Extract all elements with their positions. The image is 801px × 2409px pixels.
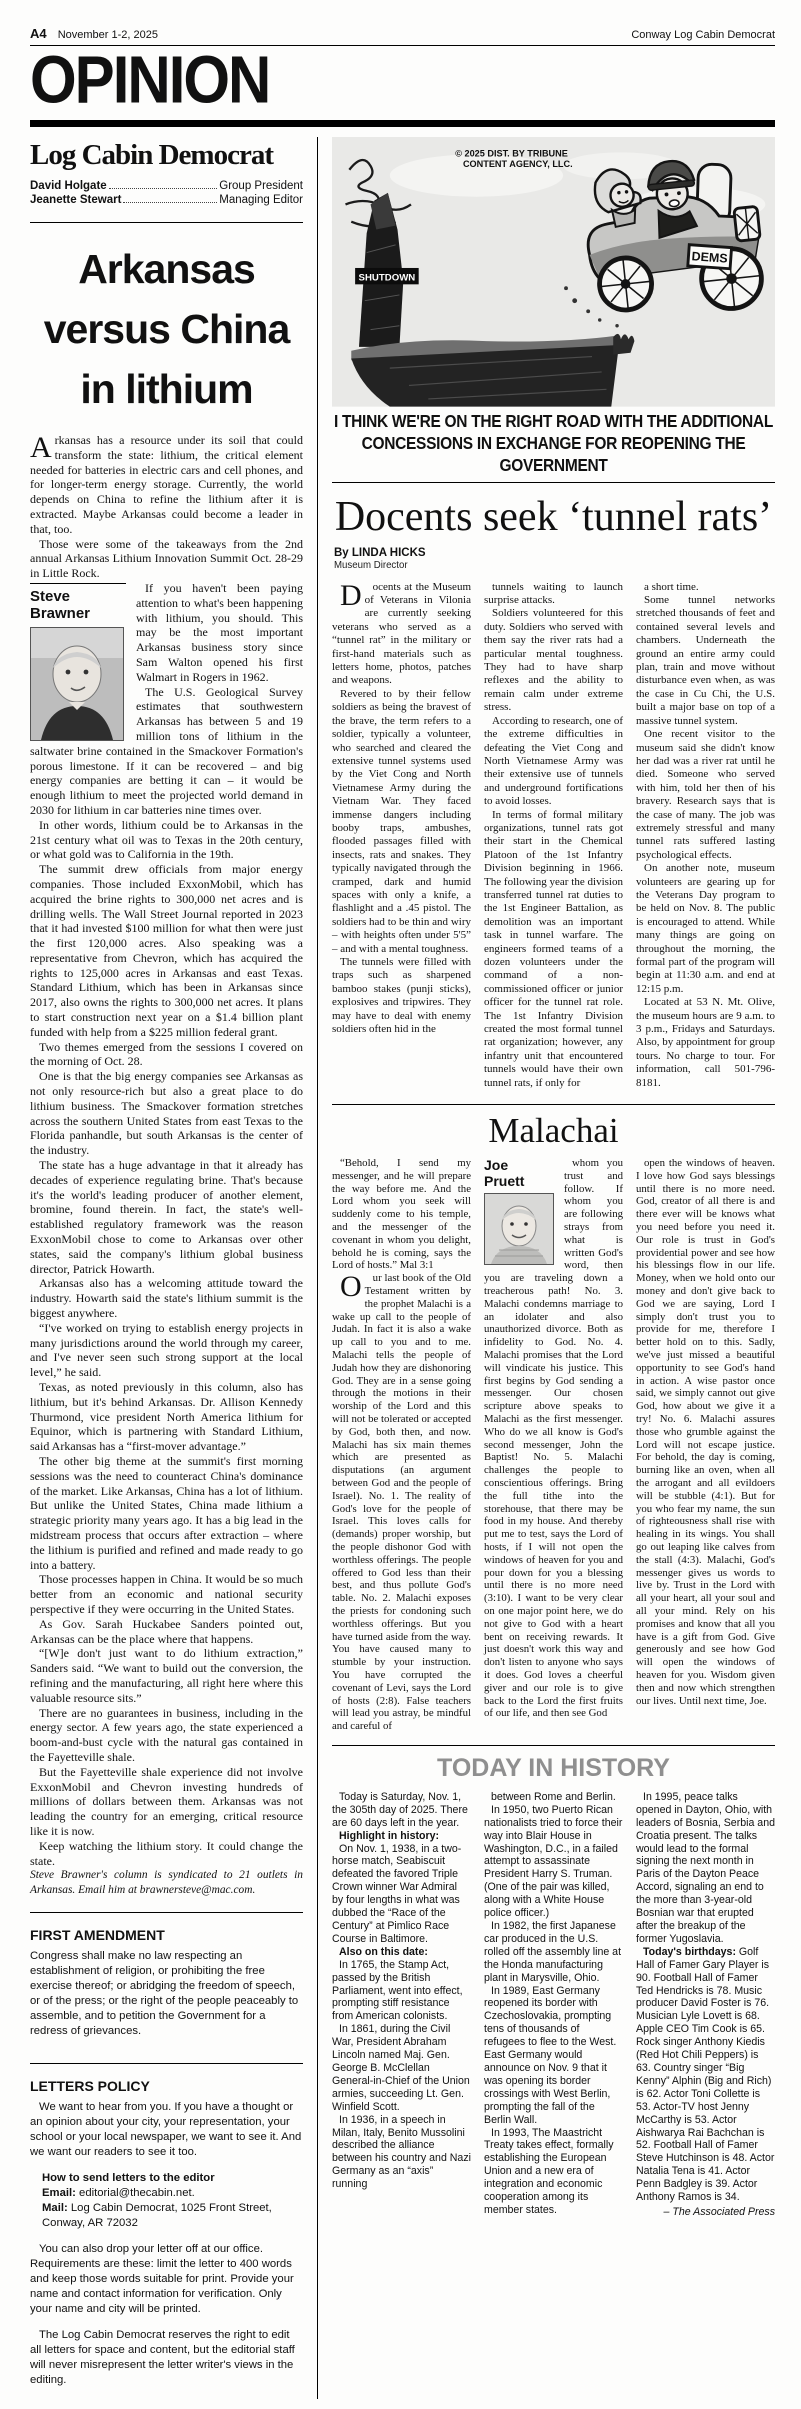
paragraph: The other big theme at the summit's firs… (30, 1454, 303, 1572)
plate-text: DEMS (691, 249, 728, 265)
dotted-leader (123, 202, 217, 203)
headline-line: versus China (30, 299, 303, 359)
paragraph: How to send letters to the editor (42, 2171, 303, 2186)
author-first-name: Steve (30, 588, 70, 605)
paragraph: In terms of formal military organization… (484, 809, 623, 1091)
letters-policy-intro: We want to hear from you. If you have a … (30, 2100, 303, 2160)
paragraph: Arkansas also has a welcoming attitude t… (30, 1276, 303, 1320)
page-header-left: A4 November 1-2, 2025 (30, 26, 158, 41)
shutdown-sign: SHUTDOWN (359, 272, 416, 283)
paragraph: In 1861, during the Civil War, President… (332, 2023, 471, 2113)
cartoon-caption: I THINK WE'RE ON THE RIGHT ROAD WITH THE… (332, 411, 775, 477)
paragraph: In 1989, East Germany reopened its borde… (484, 1985, 623, 2127)
column-text: In 1995, peace talks opened in Dayton, O… (636, 1791, 775, 2204)
dotted-leader (109, 188, 218, 189)
cartoon-credit-line1: © 2025 DIST. BY TRIBUNE (455, 148, 568, 158)
paragraph: The summit drew officials from major ene… (30, 862, 303, 1040)
today-in-history-section: TODAY IN HISTORY Today is Saturday, Nov.… (332, 1754, 775, 2219)
paragraph: Our last book of the Old Testament writt… (332, 1272, 471, 1733)
rule (30, 2063, 303, 2064)
rule (30, 1912, 303, 1913)
author-first-name: Joe (484, 1157, 508, 1173)
staff-name: David Holgate (30, 180, 107, 192)
first-amendment-text: Congress shall make no law respecting an… (30, 1949, 303, 2039)
section-title: OPINION (30, 46, 269, 113)
dems-plate: DEMS (688, 245, 732, 269)
first-amendment-section: FIRST AMENDMENT Congress shall make no l… (30, 1927, 303, 2039)
masthead: Log Cabin Democrat David Holgate Group P… (30, 139, 303, 206)
caption-line: I THINK WE'RE ON THE RIGHT ROAD WITH THE… (332, 411, 775, 433)
wire-credit: – The Associated Press (636, 2206, 775, 2219)
rule (332, 482, 775, 483)
paragraph: Those processes happen in China. It woul… (30, 1572, 303, 1616)
article-body: Arkansas has a resource under its soil t… (30, 433, 303, 581)
page-date: November 1-2, 2025 (58, 29, 158, 41)
steve-brawner-photo (30, 627, 124, 741)
today-in-history-title: TODAY IN HISTORY (332, 1754, 775, 1783)
tunnel-rats-headline: Docents seek ‘tunnel rats’ (332, 493, 775, 541)
history-column: between Rome and Berlin.In 1950, two Pue… (484, 1791, 623, 2219)
lithium-headline: Arkansas versus China in lithium (30, 239, 303, 419)
paragraph: The state has a huge advantage in that i… (30, 1158, 303, 1276)
paragraph: “Behold, I send my messenger, and he wil… (332, 1157, 471, 1272)
paragraph: On another note, museum volunteers are g… (636, 862, 775, 996)
rule (30, 222, 303, 223)
paragraph: As Gov. Sarah Huckabee Sanders pointed o… (30, 1617, 303, 1647)
paragraph: Today's birthdays: Golf Hall of Famer Ga… (636, 1946, 775, 2204)
paragraph: Steve Brawner's column is syndicated to … (30, 1868, 303, 1898)
article-column: a short time.Some tunnel networks stretc… (636, 581, 775, 1090)
paragraph: Two themes emerged from the sessions I c… (30, 1040, 303, 1070)
drop-cap: O (332, 1272, 365, 1299)
article-column: Joe Pruett (484, 1157, 623, 1733)
editorial-cartoon: © 2025 DIST. BY TRIBUNE CONTENT AGENCY, … (332, 137, 775, 407)
tunnel-rats-article: Docents seek ‘tunnel rats’ By LINDA HICK… (332, 493, 775, 1090)
joe-pruett-photo (484, 1193, 554, 1265)
letters-policy-title: LETTERS POLICY (30, 2078, 303, 2094)
paragraph: open the windows of heaven. I love how G… (636, 1157, 775, 1707)
paragraph: In 1982, the first Japanese car produced… (484, 1920, 623, 1985)
history-column: In 1995, peace talks opened in Dayton, O… (636, 1791, 775, 2219)
author-box: Joe Pruett (484, 1157, 556, 1265)
paragraph: Revered to by their fellow soldiers as b… (332, 688, 471, 956)
lithium-article: Arkansas versus China in lithium Arkansa… (30, 239, 303, 1898)
paragraph: “[W]e don't just want to do lithium extr… (30, 1646, 303, 1705)
paragraph: tunnels waiting to launch surprise attac… (484, 581, 623, 608)
byline: By LINDA HICKS (334, 547, 775, 559)
paragraph: We want to hear from you. If you have a … (30, 2100, 303, 2160)
letters-policy-howto: How to send letters to the editorEmail: … (42, 2171, 303, 2231)
article-column: open the windows of heaven. I love how G… (636, 1157, 775, 1733)
publication-name: Conway Log Cabin Democrat (631, 29, 775, 41)
paragraph: The Log Cabin Democrat reserves the righ… (30, 2328, 303, 2388)
rear-wheel (597, 255, 654, 312)
paragraph: But the Fayetteville shale experience di… (30, 1765, 303, 1839)
author-name: Joe Pruett (484, 1157, 556, 1189)
paragraph: In other words, lithium could be to Arka… (30, 818, 303, 862)
newspaper-page: A4 November 1-2, 2025 Conway Log Cabin D… (0, 0, 801, 2409)
drop-cap: D (332, 581, 365, 608)
paragraph: In 1936, in a speech in Milan, Italy, Be… (332, 2114, 471, 2191)
staff-title: Managing Editor (219, 194, 303, 206)
page-number: A4 (30, 26, 47, 41)
paragraph: Soldiers volunteered for this duty. Sold… (484, 607, 623, 714)
history-column: Today is Saturday, Nov. 1, the 305th day… (332, 1791, 471, 2219)
right-column: © 2025 DIST. BY TRIBUNE CONTENT AGENCY, … (318, 137, 775, 2399)
paragraph: between Rome and Berlin. (484, 1791, 623, 1804)
masthead-title: Log Cabin Democrat (30, 139, 303, 172)
staff-row: Jeanette Stewart Managing Editor (30, 194, 303, 206)
author-box: Steve Brawner (30, 583, 126, 741)
author-last-name: Brawner (30, 605, 90, 622)
paragraph: You can also drop your letter off at our… (30, 2242, 303, 2317)
paragraph: Arkansas has a resource under its soil t… (30, 433, 303, 537)
paragraph: Also on this date: (332, 1946, 471, 1959)
first-amendment-title: FIRST AMENDMENT (30, 1927, 303, 1943)
malachai-article: Malachai “Behold, I send my messenger, a… (332, 1111, 775, 1733)
author-name: Steve Brawner (30, 583, 126, 622)
paragraph: Texas, as noted previously in this colum… (30, 1380, 303, 1454)
rule (332, 1745, 775, 1746)
byline-title: Museum Director (334, 559, 740, 571)
staff-title: Group President (219, 180, 303, 192)
paragraph: In 1993, The Maastricht Treaty takes eff… (484, 2127, 623, 2217)
paragraph: Today is Saturday, Nov. 1, the 305th day… (332, 1791, 471, 1830)
paragraph: Those were some of the takeaways from th… (30, 537, 303, 581)
section-divider-bar (30, 120, 775, 127)
paragraph: In 1950, two Puerto Rican nationalists t… (484, 1804, 623, 1920)
paragraph: The tunnels were filled with traps such … (332, 956, 471, 1036)
paragraph: a short time. (636, 581, 775, 594)
paragraph: Docents at the Museum of Veterans in Vil… (332, 581, 471, 688)
article-column: “Behold, I send my messenger, and he wil… (332, 1157, 471, 1733)
left-column: Log Cabin Democrat David Holgate Group P… (30, 137, 318, 2399)
article-column: tunnels waiting to launch surprise attac… (484, 581, 623, 1090)
headline-line: in lithium (30, 359, 303, 419)
paragraph: Some tunnel networks stretched thousands… (636, 594, 775, 728)
letters-policy-section: LETTERS POLICY We want to hear from you.… (30, 2078, 303, 2388)
paragraph: In 1995, peace talks opened in Dayton, O… (636, 1791, 775, 1946)
cartoon-credit-line2: CONTENT AGENCY, LLC. (463, 159, 573, 169)
paragraph: Keep watching the lithium story. It coul… (30, 1839, 303, 1869)
article-body: If you haven't been paying attention to … (30, 581, 303, 1898)
paragraph: Email: editorial@thecabin.net. (42, 2186, 303, 2201)
paragraph: In 1765, the Stamp Act, passed by the Br… (332, 1959, 471, 2024)
caption-line: CONCESSIONS IN EXCHANGE FOR REOPENING TH… (332, 432, 775, 476)
author-last-name: Pruett (484, 1173, 524, 1189)
letters-policy-text: You can also drop your letter off at our… (30, 2242, 303, 2388)
paragraph: According to research, one of the extrem… (484, 715, 623, 809)
cliff-ledge (351, 334, 634, 407)
paragraph: Highlight in history: (332, 1830, 471, 1843)
paragraph: “I've worked on trying to establish ener… (30, 1321, 303, 1380)
article-column: Docents at the Museum of Veterans in Vil… (332, 581, 471, 1090)
paragraph: There are no guarantees in business, inc… (30, 1706, 303, 1765)
staff-name: Jeanette Stewart (30, 194, 121, 206)
paragraph: On Nov. 1, 1938, in a two-horse match, S… (332, 1843, 471, 1946)
paragraph: One recent visitor to the museum said sh… (636, 728, 775, 862)
paragraph: One is that the big energy companies see… (30, 1069, 303, 1158)
staff-row: David Holgate Group President (30, 180, 303, 192)
malachai-headline: Malachai (332, 1111, 775, 1151)
rule (332, 1104, 775, 1105)
drop-cap: A (30, 433, 55, 460)
paragraph: Mail: Log Cabin Democrat, 1025 Front Str… (42, 2201, 303, 2231)
paragraph: Located at 53 N. Mt. Olive, the museum h… (636, 996, 775, 1090)
headline-line: Arkansas (30, 239, 303, 299)
